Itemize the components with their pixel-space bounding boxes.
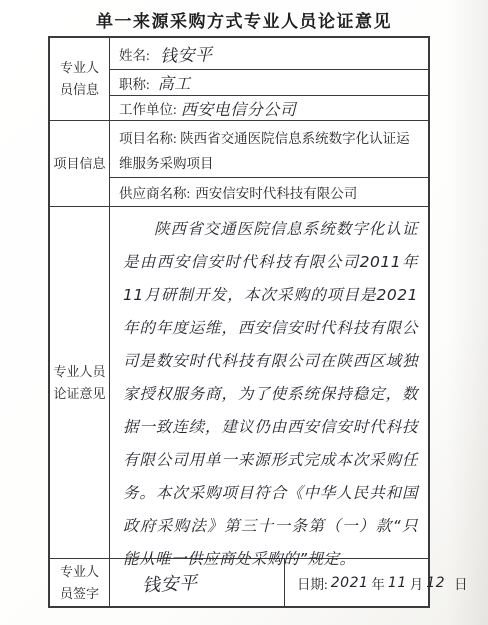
work-unit-row: 工作单位: 西安电信分公司 [110,96,428,120]
personnel-info-label-line2: 员信息 [60,79,99,101]
date-year-handwritten: 2021 [328,575,372,591]
job-title-row: 职称: 高工 [110,70,428,96]
page-title: 单一来源采购方式专业人员论证意见 [0,7,488,32]
photo-edge-shading [448,0,488,625]
project-name-label: 项目名称: [119,131,177,146]
date-year-suffix: 年 [371,573,385,593]
signature-label-line2: 员签字 [60,583,99,605]
project-info-section-label: 项目信息 [50,121,110,206]
supplier-row: 供应商名称: 西安信安时代科技有限公司 [110,178,428,206]
date-month-suffix: 月 [410,573,424,593]
signature-section-label: 专业人 员签字 [50,559,110,606]
date-cell: 日期: 2021 年 11 月 12 日 [285,559,468,606]
signature-cell: 钱安平 [110,559,285,606]
date-month-handwritten: 11 [385,575,410,591]
supplier-value: 西安信安时代科技有限公司 [195,182,357,202]
project-info-label-text: 项目信息 [53,153,105,175]
opinion-content: 陕西省交通医院信息系统数字化认证是由西安信安时代科技有限公司2011年11月研制… [110,207,428,558]
signature-row: 专业人 员签字 钱安平 日期: 2021 年 11 月 12 日 [50,559,428,606]
project-info-content: 项目名称: 陕西省交通医院信息系统数字化认证运维服务采购项目 供应商名称: 西安… [110,121,428,206]
name-handwritten-value: 钱安平 [159,40,212,67]
personnel-info-content: 姓名: 钱安平 职称: 高工 工作单位: 西安电信分公司 [110,38,428,120]
form-table: 专业人 员信息 姓名: 钱安平 职称: 高工 工作单位: 西安电信分公司 [48,36,430,608]
date-label: 日期: [297,573,328,593]
opinion-handwritten-text: 陕西省交通医院信息系统数字化认证是由西安信安时代科技有限公司2011年11月研制… [123,213,418,576]
opinion-section-label: 专业人员 论证意见 [50,207,110,558]
name-row: 姓名: 钱安平 [110,38,428,70]
personnel-info-row: 专业人 员信息 姓名: 钱安平 职称: 高工 工作单位: 西安电信分公司 [50,38,428,121]
personnel-info-label-line1: 专业人 [60,57,99,79]
date-day-handwritten: 12 [423,575,448,591]
work-unit-handwritten-value: 西安电信分公司 [181,97,297,120]
opinion-label-line2: 论证意见 [53,383,105,405]
document-page: 单一来源采购方式专业人员论证意见 专业人 员信息 姓名: 钱安平 职称: 高工 … [0,0,488,625]
opinion-label-line1: 专业人员 [53,361,105,383]
name-label: 姓名: [119,44,150,64]
signature-handwritten-name: 钱安平 [141,568,198,597]
opinion-row: 专业人员 论证意见 陕西省交通医院信息系统数字化认证是由西安信安时代科技有限公司… [50,207,428,559]
date-day-suffix: 日 [454,573,468,593]
job-title-label: 职称: [119,73,150,93]
supplier-label: 供应商名称: [119,182,190,202]
project-info-row: 项目信息 项目名称: 陕西省交通医院信息系统数字化认证运维服务采购项目 供应商名… [50,121,428,207]
signature-label-line1: 专业人 [60,561,99,583]
project-name-row: 项目名称: 陕西省交通医院信息系统数字化认证运维服务采购项目 [110,121,428,178]
personnel-info-section-label: 专业人 员信息 [50,38,110,120]
job-title-handwritten-value: 高工 [158,71,191,94]
work-unit-label: 工作单位: [119,98,177,118]
